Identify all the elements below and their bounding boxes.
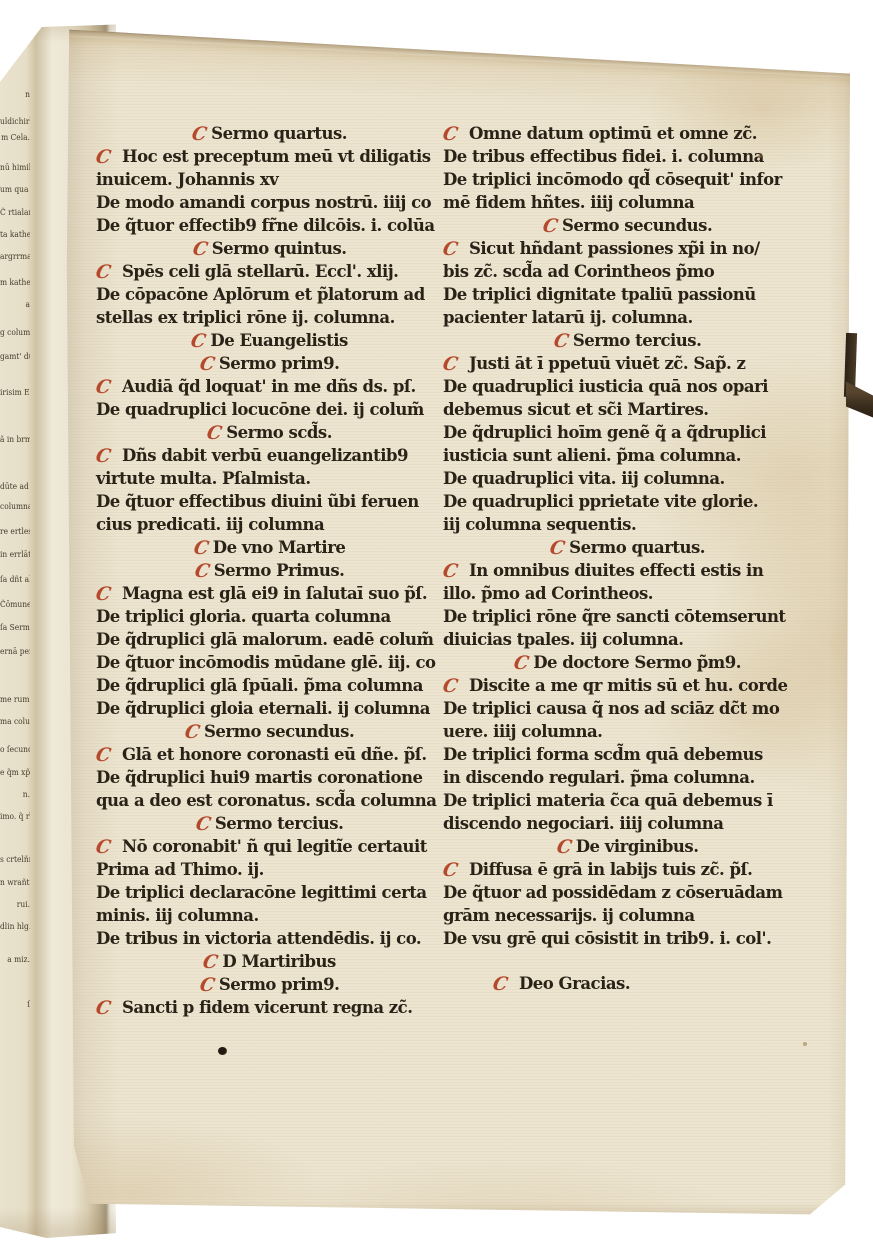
facing-page-text-fragment: o ſecundus. [0, 745, 30, 754]
paper-speck [758, 154, 762, 158]
toc-entry-line: De q̃tuor ad possidēdam z cōseruādam [443, 881, 812, 904]
facing-page-text-fragment: n wrañt tmū [0, 878, 30, 887]
capitulum-mark-icon: C [198, 356, 215, 374]
toc-entry-line: CIn omnibus diuites effecti estis in [443, 559, 812, 582]
clasp-strap-icon [846, 378, 873, 424]
toc-entry-line: grām necessarijs. ij columna [443, 904, 812, 927]
toc-entry-line: De tribus effectibus fidei. i. columna [443, 145, 812, 168]
capitulum-mark-icon: C [94, 264, 123, 282]
line-text: stellas ex triplici rōne ij. columna. [96, 308, 395, 327]
toc-entry-line: iusticia sunt alieni. p̃ma columna. [443, 444, 812, 467]
line-text: Justi āt ī ppetuū viuēt zc̃. Sap̃. z [469, 354, 745, 373]
toc-entry-line: illo. p̃mo ad Corintheos. [443, 582, 812, 605]
capitulum-mark-icon: C [205, 425, 222, 443]
line-text: Sermo tercius. [215, 814, 343, 833]
toc-column-left: CSermo quartus.CHoc est preceptum meū vt… [96, 122, 443, 1019]
capitulum-mark-icon: C [441, 862, 470, 880]
toc-entry-line: De q̃tuor effectibus diuini ũbi feruen [96, 490, 443, 513]
toc-heading-line: CDe virginibus. [443, 835, 812, 858]
toc-heading-line: CSermo quartus. [443, 536, 812, 559]
facing-page-text-fragment: a miz. [0, 955, 30, 964]
toc-heading-line: CDe Euangelistis [96, 329, 443, 352]
toc-entry-line: CDiffusa ē grā in labijs tuis zc̃. p̃ſ. [443, 858, 812, 881]
capitulum-mark-icon: C [183, 724, 200, 742]
facing-page-text-fragment: gamt' duri milla [0, 352, 30, 361]
toc-entry-line: De quadruplici locucōne dei. ij colum̃ [96, 398, 443, 421]
toc-entry-line: CHoc est preceptum meū vt diligatis [96, 145, 443, 168]
toc-heading-line: CSermo tercius. [443, 329, 812, 352]
toc-entry-line: De triplici dignitate tpaliū passionū [443, 283, 812, 306]
facing-page-text-fragment: ſ [0, 1000, 30, 1009]
toc-entry-line: inuicem. Johannis xv [96, 168, 443, 191]
toc-entry-line: De triplici materia c̃ca quā debemus ī [443, 789, 812, 812]
toc-entry-line: diuicias tpales. iij columna. [443, 628, 812, 651]
line-text: De vno Martire [213, 538, 346, 557]
line-text: Sermo prim9. [219, 975, 340, 994]
toc-entry-line: cius predicati. iij columna [96, 513, 443, 536]
line-text: De triplici incōmodo qd̃ cōsequit' infor [443, 170, 782, 189]
toc-entry-line: De triplici rōne q̃re sancti cōtemserunt [443, 605, 812, 628]
line-text: cius predicati. iij columna [96, 515, 324, 534]
facing-page-text-fragment: C̃ōmune ſc̃inor [0, 600, 30, 609]
photo-of-open-book: nuldichirlañim Cela.nū himili. Pſal.um q… [0, 0, 873, 1260]
facing-page-text-fragment: C̃ rtialara riū [0, 208, 30, 217]
table-of-contents: CSermo quartus.CHoc est preceptum meū vt… [96, 122, 812, 1019]
toc-entry-line: De triplici incōmodo qd̃ cōsequit' infor [443, 168, 812, 191]
toc-heading-line: CSermo prim9. [96, 352, 443, 375]
toc-heading-line: CSermo Primus. [96, 559, 443, 582]
line-text: De q̃druplici hoīm genẽ q̃ a q̃druplici [443, 423, 766, 442]
line-text: De triplici dignitate tpaliū passionū [443, 285, 756, 304]
facing-page-text-fragment: m Cela. [0, 133, 30, 142]
toc-entry-line: minis. iij columna. [96, 904, 443, 927]
line-text: De tribus effectibus fidei. i. columna [443, 147, 764, 166]
line-text: De triplici causa q̃ nos ad sciāz dc̃t m… [443, 699, 779, 718]
toc-entry-line: bis zc̃. scd̃a ad Corintheos p̃mo [443, 260, 812, 283]
capitulum-mark-icon: C [555, 839, 572, 857]
toc-heading-line: CSermo secundus. [443, 214, 812, 237]
toc-heading-line: CSermo scd̃s. [96, 421, 443, 444]
line-text: grām necessarijs. ij columna [443, 906, 695, 925]
capitulum-mark-icon: C [94, 149, 123, 167]
toc-heading-line: CSermo secundus. [96, 720, 443, 743]
line-text: discendo negociari. iiij columna [443, 814, 723, 833]
line-text: De quadruplici vita. iij columna. [443, 469, 725, 488]
line-text: Diffusa ē grā in labijs tuis zc̃. p̃ſ. [469, 860, 752, 879]
capitulum-mark-icon: C [193, 563, 210, 581]
line-text: Sermo Primus. [214, 561, 345, 580]
toc-heading-line: CSermo prim9. [96, 973, 443, 996]
line-text: De triplici rōne q̃re sancti cōtemserunt [443, 607, 786, 626]
capitulum-mark-icon: C [192, 540, 209, 558]
capitulum-mark-icon: C [441, 241, 470, 259]
line-text: D Martiribus [222, 952, 335, 971]
toc-entry-line: CSicut hñdant passiones xp̃i in no/ [443, 237, 812, 260]
capitulum-mark-icon: C [441, 563, 470, 581]
wormhole-dot [218, 1047, 227, 1055]
line-text: inuicem. Johannis xv [96, 170, 278, 189]
toc-entry-line: De vsu grē qui cōsistit in trib9. i. col… [443, 927, 812, 950]
capitulum-mark-icon: C [548, 540, 565, 558]
facing-page-text-fragment: g columbe ein [0, 328, 30, 337]
line-text: iusticia sunt alieni. p̃ma columna. [443, 446, 741, 465]
facing-page-text-fragment: ta katheriña [0, 230, 30, 239]
toc-entry-line: De q̃druplici glā malorum. eadē colum̃ [96, 628, 443, 651]
toc-entry-line: De q̃druplici hui9 martis coronatione [96, 766, 443, 789]
line-text: De quadruplici pprietate vite glorie. [443, 492, 758, 511]
facing-page-text-fragment: dlin hlg. iij ñ [0, 922, 30, 931]
line-text: De q̃tuor effectib9 fr̃ne dilcōis. i. co… [96, 216, 435, 235]
capitulum-mark-icon: C [441, 678, 470, 696]
facing-page-text-fragment: ſa Sermo p̃my [0, 623, 30, 632]
capitulum-mark-icon: C [94, 839, 123, 857]
line-text: Sermo secundus. [562, 216, 712, 235]
toc-entry-line: De quadruplici iusticia quā nos opari [443, 375, 812, 398]
line-text: De modo amandi corpus nostrū. iiij co [96, 193, 431, 212]
line-text: De triplici gloria. quarta columna [96, 607, 391, 626]
facing-page-text-fragment: n [0, 90, 30, 99]
facing-page-text-fragment: me rum. Apl'is [0, 695, 30, 704]
capitulum-mark-icon: C [189, 333, 206, 351]
line-text: De q̃druplici gloia eternali. ij columna [96, 699, 430, 718]
facing-page-text-fragment: in errlāta rī. riūa [0, 550, 30, 559]
capitulum-mark-icon: C [194, 816, 211, 834]
toc-entry-line: CMagna est glā ei9 in ſalutaī suo p̃ſ. [96, 582, 443, 605]
line-text: In omnibus diuites effecti estis in [469, 561, 763, 580]
toc-heading-line: CDe doctore Sermo p̃m9. [443, 651, 812, 674]
toc-entry-line: in discendo regulari. p̃ma columna. [443, 766, 812, 789]
toc-column-right: COmne datum optimū et omne zc̃.De tribus… [443, 122, 812, 1019]
line-text: De doctore Sermo p̃m9. [533, 653, 741, 672]
facing-page-text-fragment: s crtelñrs [0, 855, 30, 864]
toc-entry-line: CSpēs celi glā stellarū. Eccl'. xlij. [96, 260, 443, 283]
toc-entry-line: COmne datum optimū et omne zc̃. [443, 122, 812, 145]
toc-entry-line: De q̃druplici gloia eternali. ij columna [96, 697, 443, 720]
line-text: De quadruplici iusticia quā nos opari [443, 377, 768, 396]
line-text: Sermo secundus. [204, 722, 354, 741]
line-text: debemus sicut et sc̃i Martires. [443, 400, 709, 419]
line-text: De q̃tuor ad possidēdam z cōseruādam [443, 883, 783, 902]
line-text: De q̃tuor effectibus diuini ũbi feruen [96, 492, 419, 511]
toc-entry-line: iij columna sequentis. [443, 513, 812, 536]
facing-page-text-fragment: ã in brmi ſanctiq̃ [0, 435, 30, 444]
line-text: Sermo tercius. [573, 331, 701, 350]
line-text: De q̃druplici hui9 martis coronatione [96, 768, 423, 787]
capitulum-mark-icon: C [201, 954, 218, 972]
capitulum-mark-icon: C [541, 218, 558, 236]
capitulum-mark-icon: C [94, 448, 123, 466]
line-text: mē fidem hñtes. iiij columna [443, 193, 694, 212]
line-text: Omne datum optimū et omne zc̃. [469, 124, 757, 143]
line-text: De cōpacōne Aplōrum et p̃latorum ad [96, 285, 425, 304]
toc-entry-line: De triplici declaracōne legittimi certa [96, 881, 443, 904]
facing-page-text-fragment: rui. [0, 900, 30, 909]
line-text: De triplici declaracōne legittimi certa [96, 883, 427, 902]
line-text: De quadruplici locucōne dei. ij colum̃ [96, 400, 424, 419]
facing-page-text-fragment: a [0, 300, 30, 309]
line-text: De vsu grē qui cōsistit in trib9. i. col… [443, 929, 771, 948]
toc-entry-line: CDñs dabit verbū euangelizantib9 [96, 444, 443, 467]
line-text: Sermo prim9. [219, 354, 340, 373]
facing-page-text-fragment: re ertlesa. q̃ rtāai [0, 527, 30, 536]
toc-entry-line: De triplici forma scd̃m quā debemus [443, 743, 812, 766]
toc-entry-line: De q̃druplici hoīm genẽ q̃ a q̃druplici [443, 421, 812, 444]
toc-entry-line: De q̃druplici glā ſpūali. p̃ma columna [96, 674, 443, 697]
toc-entry-line: De q̃tuor effectib9 fr̃ne dilcōis. i. co… [96, 214, 443, 237]
line-text: pacienter latarū ij. columna. [443, 308, 693, 327]
line-text: De virginibus. [576, 837, 699, 856]
line-text: Audiā q̃d loquat' in me dñs ds. pſ. [122, 377, 416, 396]
facing-page-text-fragment: m katheriñis [0, 278, 30, 287]
line-text: Sermo quintus. [212, 239, 347, 258]
line-text: diuicias tpales. iij columna. [443, 630, 683, 649]
toc-heading-line: CSermo tercius. [96, 812, 443, 835]
toc-entry-line: De quadruplici vita. iij columna. [443, 467, 812, 490]
book-page: CSermo quartus.CHoc est preceptum meū vt… [58, 26, 858, 1218]
line-text: De Euangelistis [210, 331, 347, 350]
line-text: in discendo regulari. p̃ma columna. [443, 768, 755, 787]
facing-page-text-fragment: ernā per me ad [0, 647, 30, 656]
capitulum-mark-icon: C [190, 126, 207, 144]
toc-entry-line: mē fidem hñtes. iiij columna [443, 191, 812, 214]
facing-page-text-fragment: e q̃m xp̃i dñt [0, 768, 30, 777]
line-text: Magna est glā ei9 in ſalutaī suo p̃ſ. [122, 584, 427, 603]
toc-entry-line: discendo negociari. iiij columna [443, 812, 812, 835]
toc-heading-line: CD Martiribus [96, 950, 443, 973]
toc-entry-line: De quadruplici pprietate vite glorie. [443, 490, 812, 513]
line-text: Sancti p fidem vicerunt regna zc̃. [122, 998, 412, 1017]
toc-entry-line: De q̃tuor incōmodis mūdane glē. iij. co [96, 651, 443, 674]
line-text: bis zc̃. scd̃a ad Corintheos p̃mo [443, 262, 714, 281]
line-text: De triplici forma scd̃m quā debemus [443, 745, 763, 764]
line-text: De tribus in victoria attendēdis. ij co. [96, 929, 421, 948]
capitulum-mark-icon: C [491, 976, 520, 994]
line-text: illo. p̃mo ad Corintheos. [443, 584, 653, 603]
toc-entry-line: De tribus in victoria attendēdis. ij co. [96, 927, 443, 950]
capitulum-mark-icon: C [441, 126, 470, 144]
facing-page-text-fragment: nū himili. Pſal. [0, 163, 30, 172]
capitulum-mark-icon: C [441, 356, 470, 374]
line-text: iij columna sequentis. [443, 515, 636, 534]
facing-page-text-fragment: ma columna [0, 717, 30, 726]
line-text: minis. iij columna. [96, 906, 259, 925]
paper-speck [803, 1042, 807, 1046]
toc-entry-line: CSancti p fidem vicerunt regna zc̃. [96, 996, 443, 1019]
capitulum-mark-icon: C [94, 1000, 123, 1018]
line-text: uere. iiij columna. [443, 722, 602, 741]
facing-page-text-fragment: irisim Ecclisi [0, 388, 30, 397]
toc-entry-line: CDiscite a me qr mitis sū et hu. corde [443, 674, 812, 697]
line-text: Sicut hñdant passiones xp̃i in no/ [469, 239, 760, 258]
toc-entry-line: uere. iiij columna. [443, 720, 812, 743]
toc-entry-line: stellas ex triplici rōne ij. columna. [96, 306, 443, 329]
line-text: De q̃druplici glā malorum. eadē colum̃ [96, 630, 434, 649]
toc-entry-line: De triplici causa q̃ nos ad sciāz dc̃t m… [443, 697, 812, 720]
toc-entry-line: CJusti āt ī ppetuū viuēt zc̃. Sap̃. z [443, 352, 812, 375]
facing-page-text-fragment: n. [0, 790, 30, 799]
capitulum-mark-icon: C [191, 241, 208, 259]
line-text: Sermo quartus. [211, 124, 347, 143]
facing-page-text-fragment: uldichirlañi [0, 117, 30, 126]
toc-heading-line: CDe vno Martire [96, 536, 443, 559]
facing-page-text-fragment: dūte ad quaſit [0, 482, 30, 491]
line-text: virtute multa. Pſalmista. [96, 469, 311, 488]
line-text: De q̃druplici glā ſpūali. p̃ma columna [96, 676, 423, 695]
line-text: Dñs dabit verbū euangelizantib9 [122, 446, 408, 465]
capitulum-mark-icon: C [94, 379, 123, 397]
toc-entry-line: De cōpacōne Aplōrum et p̃latorum ad [96, 283, 443, 306]
facing-page-text-fragment: columna [0, 502, 30, 511]
line-text: Sermo scd̃s. [226, 423, 332, 442]
line-text: Sermo quartus. [569, 538, 705, 557]
toc-entry-line: Prima ad Thimo. ij. [96, 858, 443, 881]
toc-entry-line: qua a deo est coronatus. scd̃a columna [96, 789, 443, 812]
capitulum-mark-icon: C [512, 655, 529, 673]
toc-entry-line: CDeo Gracias. [443, 972, 812, 995]
line-text: Spēs celi glā stellarū. Eccl'. xlij. [122, 262, 398, 281]
line-text: qua a deo est coronatus. scd̃a columna [96, 791, 436, 810]
toc-entry-line: De modo amandi corpus nostrū. iiij co [96, 191, 443, 214]
toc-entry-line: CAudiā q̃d loquat' in me dñs ds. pſ. [96, 375, 443, 398]
capitulum-mark-icon: C [94, 747, 123, 765]
line-text: Hoc est preceptum meū vt diligatis [122, 147, 431, 166]
toc-heading-line: CSermo quartus. [96, 122, 443, 145]
facing-page-text-fragment: argrrmañi [0, 252, 30, 261]
facing-page-text-fragment: ſa dñt abilla. b n [0, 575, 30, 584]
line-text: Discite a me qr mitis sū et hu. corde [469, 676, 787, 695]
capitulum-mark-icon: C [94, 586, 123, 604]
line-text: Deo Gracias. [519, 974, 630, 993]
line-text: Glā et honore coronasti eū dñe. p̃ſ. [122, 745, 427, 764]
toc-entry-line: virtute multa. Pſalmista. [96, 467, 443, 490]
line-text: Nō coronabit' ñ qui legitĩe certauit [122, 837, 427, 856]
line-text: Prima ad Thimo. ij. [96, 860, 264, 879]
toc-entry-line: debemus sicut et sc̃i Martires. [443, 398, 812, 421]
line-text: De triplici materia c̃ca quā debemus ī [443, 791, 773, 810]
line-text: De q̃tuor incōmodis mūdane glē. iij. co [96, 653, 436, 672]
toc-entry-line: CGlā et honore coronasti eū dñe. p̃ſ. [96, 743, 443, 766]
facing-page-text-fragment: imo. q̃ rī lauōi [0, 812, 30, 821]
toc-entry-line: De triplici gloria. quarta columna [96, 605, 443, 628]
facing-page-text-fragment: um qua nas rili [0, 185, 30, 194]
capitulum-mark-icon: C [198, 977, 215, 995]
toc-entry-line: CNō coronabit' ñ qui legitĩe certauit [96, 835, 443, 858]
capitulum-mark-icon: C [552, 333, 569, 351]
toc-entry-line: pacienter latarū ij. columna. [443, 306, 812, 329]
toc-heading-line: CSermo quintus. [96, 237, 443, 260]
